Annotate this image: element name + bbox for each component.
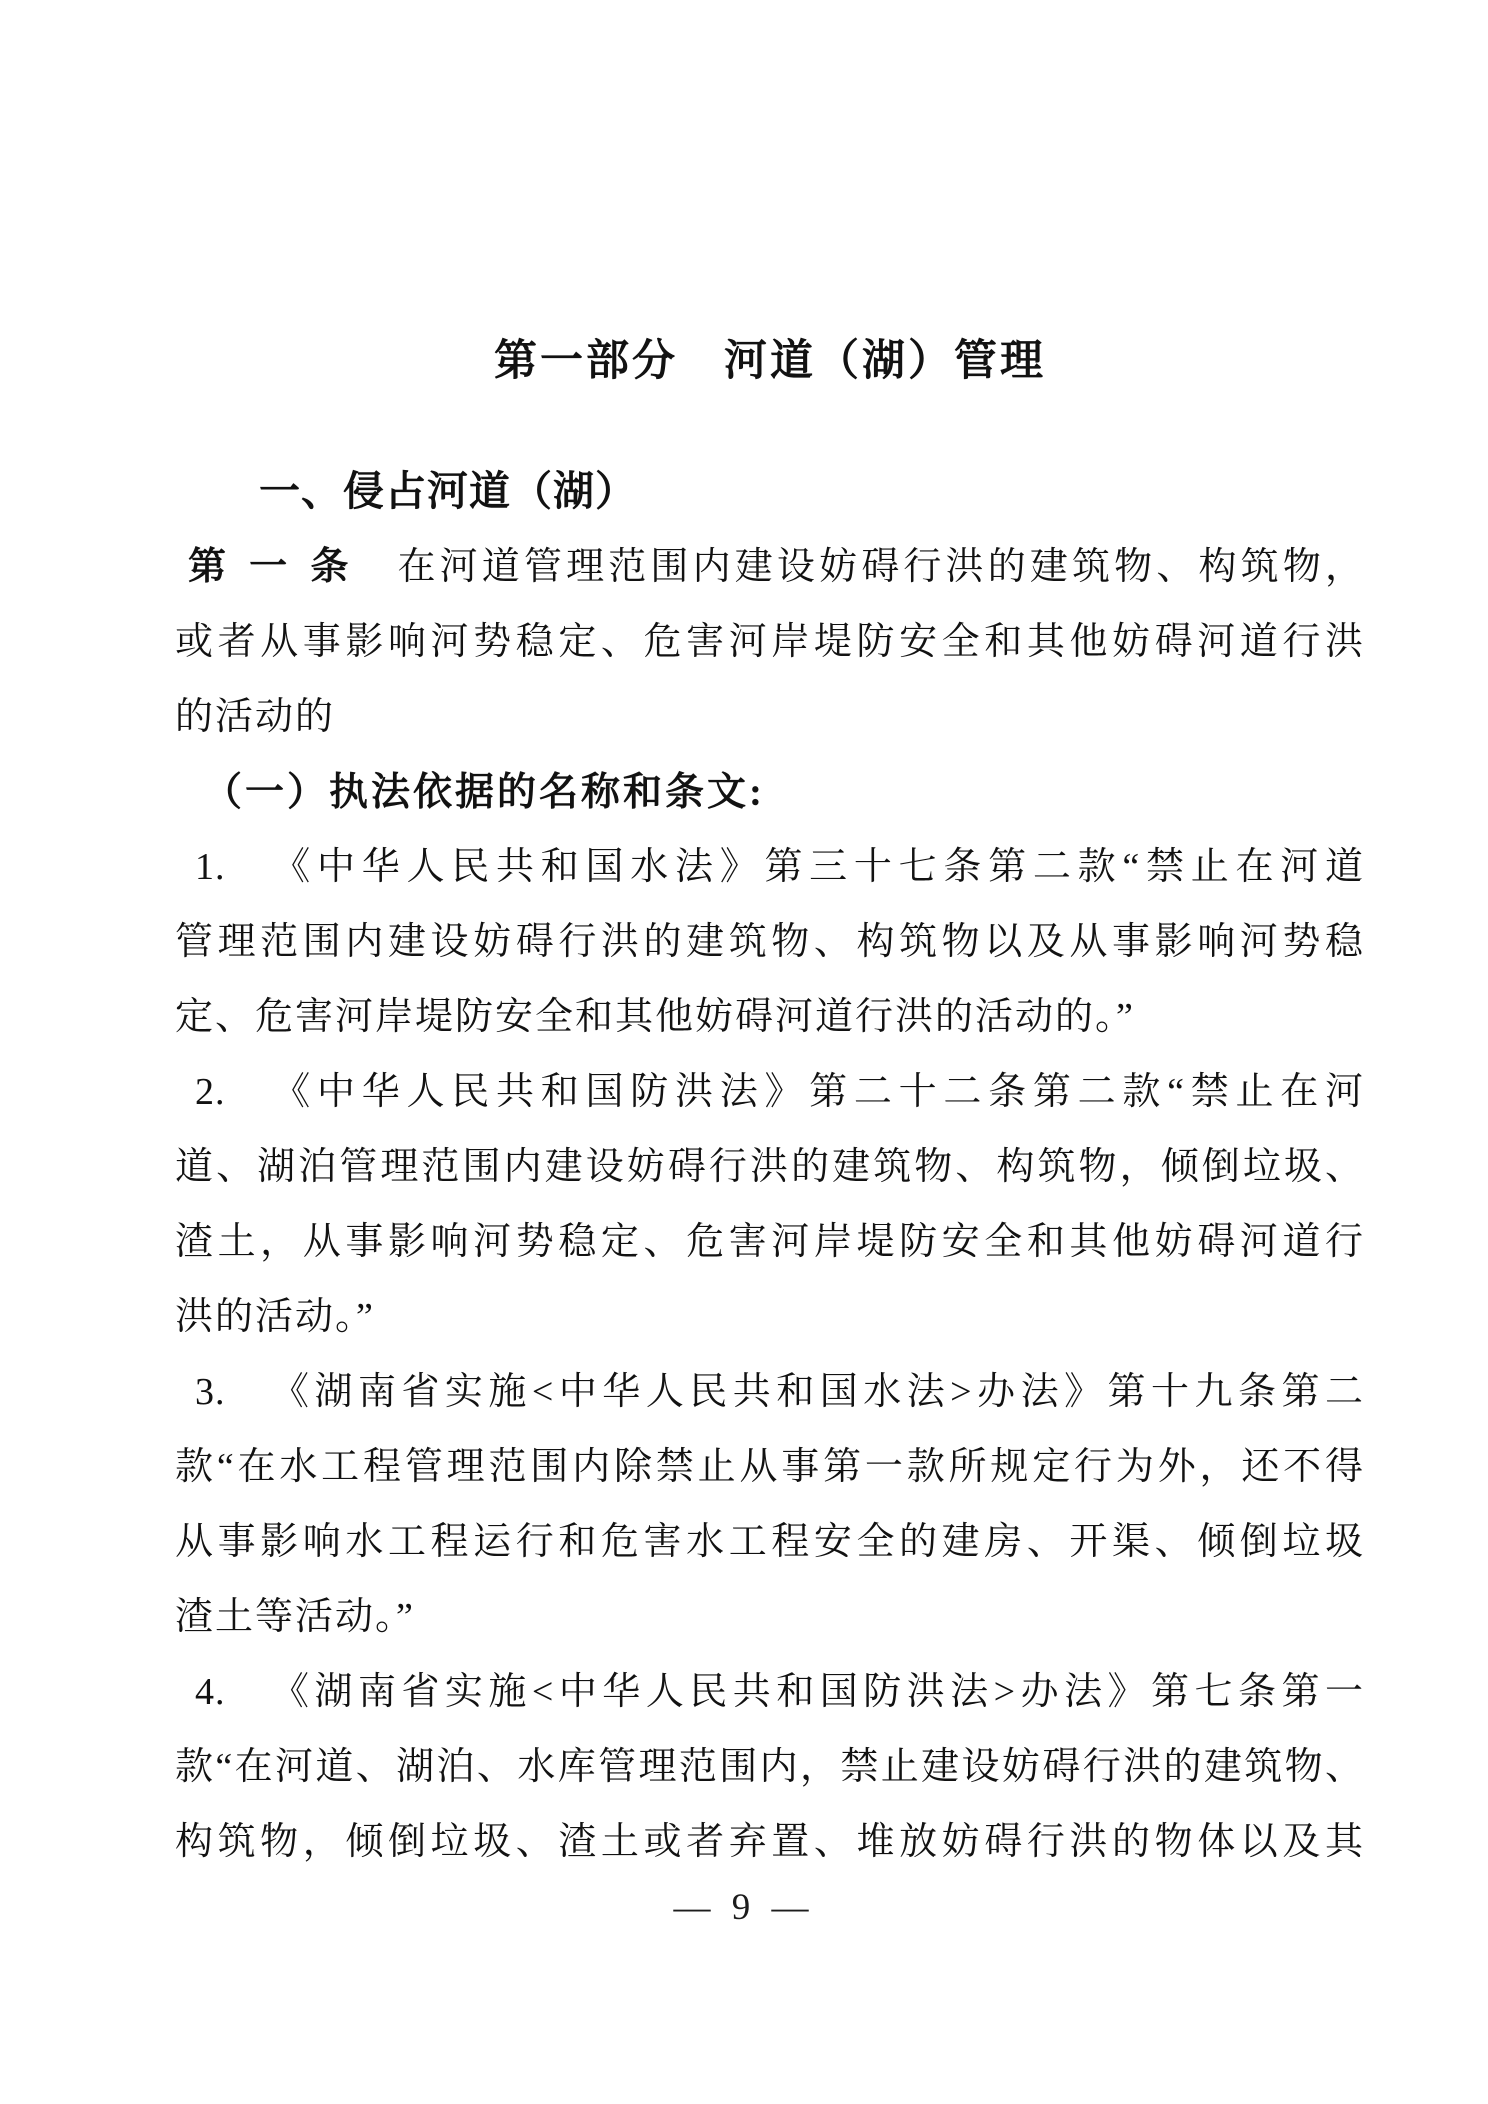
list-item-line: 4.《湖南省实施<中华人民共和国防洪法>办法》第七条第一 — [175, 1655, 1365, 1730]
document-content: 第一部分 河道（湖）管理 一、侵占河道（湖） 第一条在河道管理范围内建设妨碍行洪… — [175, 0, 1365, 1880]
list-item-line: 管理范围内建设妨碍行洪的建筑物、构筑物以及从事影响河势稳 — [175, 905, 1365, 980]
list-item-line: 3.《湖南省实施<中华人民共和国水法>办法》第十九条第二 — [175, 1355, 1365, 1430]
item-number: 3. — [195, 1371, 226, 1413]
list-item-line: 渣土等活动。” — [175, 1580, 1365, 1655]
item-text: 《中华人民共和国防洪法》第二十二条第二款“禁止在河 — [268, 1071, 1366, 1113]
list-item-line: 1.《中华人民共和国水法》第三十七条第二款“禁止在河道 — [175, 830, 1365, 905]
list-item-line: 2.《中华人民共和国防洪法》第二十二条第二款“禁止在河 — [175, 1055, 1365, 1130]
article-line: 的活动的 — [175, 680, 1365, 755]
article-line: 或者从事影响河势稳定、危害河岸堤防安全和其他妨碍河道行洪 — [175, 605, 1365, 680]
list-item-line: 渣土，从事影响河势稳定、危害河岸堤防安全和其他妨碍河道行 — [175, 1205, 1365, 1280]
item-number: 2. — [195, 1071, 226, 1113]
article-line: 第一条在河道管理范围内建设妨碍行洪的建筑物、构筑物， — [175, 530, 1365, 605]
document-page: 第一部分 河道（湖）管理 一、侵占河道（湖） 第一条在河道管理范围内建设妨碍行洪… — [0, 0, 1488, 2104]
item-text: 《湖南省实施<中华人民共和国水法>办法》第十九条第二 — [268, 1371, 1366, 1413]
list-item-line: 洪的活动。” — [175, 1280, 1365, 1355]
subsection-heading: （一）执法依据的名称和条文: — [175, 755, 1365, 830]
list-item-line: 款“在水工程管理范围内除禁止从事第一款所规定行为外，还不得 — [175, 1430, 1365, 1505]
list-item-line: 款“在河道、湖泊、水库管理范围内，禁止建设妨碍行洪的建筑物、 — [175, 1730, 1365, 1805]
article-label: 第一条 — [188, 546, 371, 588]
article-text: 在河道管理范围内建设妨碍行洪的建筑物、构筑物， — [397, 546, 1365, 588]
list-item-line: 道、湖泊管理范围内建设妨碍行洪的建筑物、构筑物，倾倒垃圾、 — [175, 1130, 1365, 1205]
list-item-line: 定、危害河岸堤防安全和其他妨碍河道行洪的活动的。” — [175, 980, 1365, 1055]
item-text: 《湖南省实施<中华人民共和国防洪法>办法》第七条第一 — [268, 1671, 1366, 1713]
item-number: 4. — [195, 1671, 226, 1713]
item-number: 1. — [195, 846, 226, 888]
list-item-line: 从事影响水工程运行和危害水工程安全的建房、开渠、倾倒垃圾 — [175, 1505, 1365, 1580]
section-heading: 一、侵占河道（湖） — [175, 463, 1365, 519]
item-text: 《中华人民共和国水法》第三十七条第二款“禁止在河道 — [268, 846, 1366, 888]
document-body: 第一条在河道管理范围内建设妨碍行洪的建筑物、构筑物， 或者从事影响河势稳定、危害… — [175, 530, 1365, 1880]
page-number: — 9 — — [0, 1884, 1488, 1932]
page-title: 第一部分 河道（湖）管理 — [175, 333, 1365, 389]
list-item-line: 构筑物，倾倒垃圾、渣土或者弃置、堆放妨碍行洪的物体以及其 — [175, 1805, 1365, 1880]
